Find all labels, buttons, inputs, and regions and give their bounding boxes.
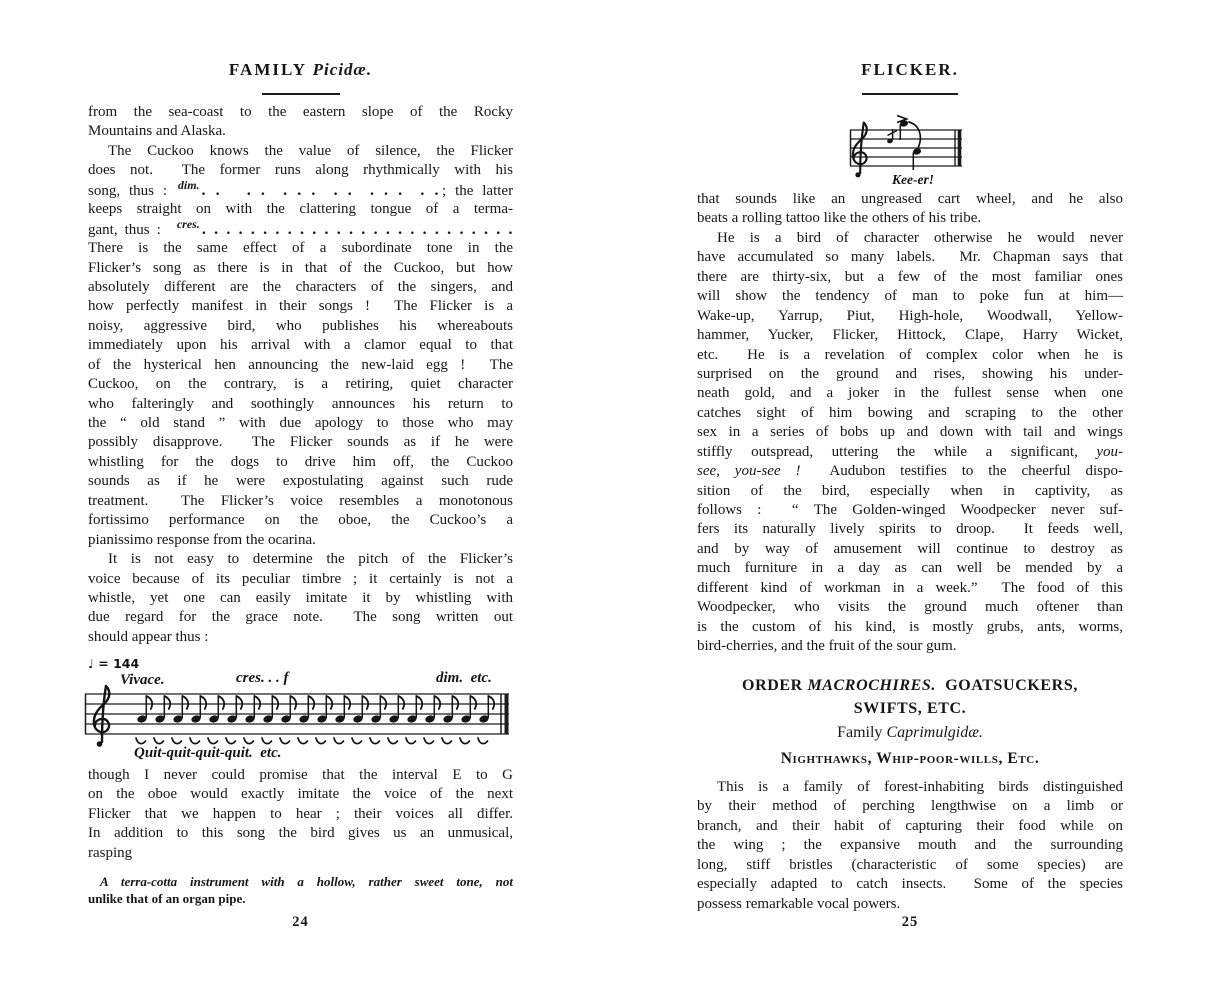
text-line: should appear thus :: [88, 628, 513, 647]
grace-note: [887, 129, 897, 144]
text-line: Wake-up, Yarrup, Piut, High-hole, Woodwa…: [697, 307, 1123, 326]
text-line: who falteringly and soothingly announces…: [88, 395, 513, 414]
text-line: He is a bird of character otherwise he w…: [697, 229, 1123, 248]
paragraph: It is not easy to determine the pitch of…: [88, 550, 513, 647]
right-header-rule: [862, 93, 958, 95]
kee-er-staff: Kee-er!: [844, 110, 976, 192]
text-line: immediately upon his arrival with a clam…: [88, 336, 513, 355]
right-page-title: FLICKER.: [697, 60, 1123, 80]
text-line: bird-cherries, and the fruit of the sour…: [697, 637, 1123, 656]
section-headings: ORDER MACROCHIRES. GOATSUCKERS, SWIFTS, …: [697, 674, 1123, 770]
dynamic-dim-label: dim. etc.: [436, 670, 492, 686]
tempo-label: Vivace.: [120, 672, 165, 688]
music-caption: Kee-er!: [891, 172, 934, 187]
flicker-notes: [136, 696, 494, 744]
text-line: stiffly outspread, uttering the while a …: [697, 443, 1123, 462]
text-line: A terra-cotta instrument with a hollow, …: [88, 874, 513, 891]
text-line: voice because of its peculiar timbre ; i…: [88, 570, 513, 589]
eighth-note: [226, 696, 242, 744]
tempo-marking: ♩ = 144: [88, 656, 139, 671]
text-line: how perfectly manifest in their songs ! …: [88, 297, 513, 316]
treble-clef-icon: [853, 123, 867, 178]
music-figure-kee-er: Kee-er!: [844, 110, 976, 192]
paragraph: A terra-cotta instrument with a hollow, …: [88, 874, 513, 907]
text-line: song, thus : dim.. . . . . . . . . . . .…: [88, 181, 513, 200]
eighth-note: [352, 696, 368, 744]
text-line: there are thirty-six, but a few of the m…: [697, 268, 1123, 287]
text-line: especially adapted to catch insects. Som…: [697, 875, 1123, 894]
eighth-note: [208, 696, 224, 744]
paragraph: He is a bird of character otherwise he w…: [697, 229, 1123, 657]
text-line: unlike that of an organ pipe.: [88, 891, 513, 908]
left-body-bottom: though I never could promise that the in…: [88, 766, 513, 863]
text-line: It is not easy to determine the pitch of…: [88, 550, 513, 569]
eighth-note: [370, 696, 386, 744]
family-heading: Family Caprimulgidæ.: [697, 722, 1123, 744]
text-line: In addition to this song the bird gives …: [88, 824, 513, 843]
text-line: whistling for the dogs to drive him off,…: [88, 453, 513, 472]
text-line: pianissimo response from the ocarina.: [88, 531, 513, 550]
group-heading: Nighthawks, Whip-poor-wills, Etc.: [697, 748, 1123, 770]
paragraph: from the sea-coast to the eastern slope …: [88, 103, 513, 142]
text-line: Mountains and Alaska.: [88, 122, 513, 141]
eighth-note: [478, 696, 494, 744]
slur: [909, 122, 920, 148]
text-line: branch, and their habit of capturing the…: [697, 817, 1123, 836]
text-line: catches sight of him bowing and scraping…: [697, 404, 1123, 423]
text-line: Woodpecker, who visits the ground much o…: [697, 598, 1123, 617]
page-right: FLICKER.: [697, 0, 1123, 999]
text-line: of the hysterical hen announcing the new…: [88, 356, 513, 375]
text-line: rasping: [88, 844, 513, 863]
music-figure-flicker-song: ♩ = 144 Vivace. cres. . . f dim. etc.: [84, 652, 514, 762]
lyric-text: Quit-quit-quit-quit. etc.: [134, 745, 282, 761]
eighth-note: [190, 696, 206, 744]
eighth-note: [298, 696, 314, 744]
text-line: neath gold, and a joker in the fullest s…: [697, 384, 1123, 403]
eighth-note: [316, 696, 332, 744]
text-line: fers its naturally lively spirits to dro…: [697, 520, 1123, 539]
text-line: keeps straight on with the clattering to…: [88, 200, 513, 219]
eighth-note: [244, 696, 260, 744]
text-line: treatment. The Flicker’s voice resembles…: [88, 492, 513, 511]
text-line: due regard for the grace note. The song …: [88, 608, 513, 627]
text-line: absolutely different are the characters …: [88, 278, 513, 297]
left-header-rule: [262, 93, 340, 95]
text-line: on the oboe would exactly imitate the vo…: [88, 785, 513, 804]
eighth-note: [406, 696, 422, 744]
low-note: [912, 147, 922, 170]
text-line: sex in a series of bobs up and down with…: [697, 423, 1123, 442]
text-line: sounds as if he were expostulating again…: [88, 472, 513, 491]
treble-clef-icon: [94, 686, 109, 747]
text-line: etc. He is a revelation of complex color…: [697, 346, 1123, 365]
paragraph: that sounds like an ungreased cart wheel…: [697, 190, 1123, 229]
text-line: follows : “ The Golden-winged Woodpecker…: [697, 501, 1123, 520]
text-line: is the custom of his kind, is mostly gru…: [697, 618, 1123, 637]
text-line: long, stiff bristles (characteristic of …: [697, 856, 1123, 875]
left-body-top: from the sea-coast to the eastern slope …: [88, 103, 513, 647]
text-line: Flicker’s song as there is in that of th…: [88, 259, 513, 278]
text-line: much furniture in a day as can well be m…: [697, 559, 1123, 578]
paragraph: though I never could promise that the in…: [88, 766, 513, 863]
text-line: the “ old stand ” with due apology to th…: [88, 414, 513, 433]
text-line: by their method of perching lengthwise o…: [697, 797, 1123, 816]
right-body-top: that sounds like an ungreased cart wheel…: [697, 190, 1123, 657]
page-left: FAMILY Picidæ. from the sea-coast to the…: [88, 0, 513, 999]
text-line: from the sea-coast to the eastern slope …: [88, 103, 513, 122]
eighth-note: [334, 696, 350, 744]
text-line: see, you-see ! Audubon testifies to the …: [697, 462, 1123, 481]
paragraph: This is a family of forest-inhabiting bi…: [697, 778, 1123, 914]
left-page-title: FAMILY Picidæ.: [88, 60, 513, 80]
text-line: sition of the bird, especially when in c…: [697, 482, 1123, 501]
text-line: possess remarkable vocal powers.: [697, 895, 1123, 914]
text-line: gant, thus : cres.. . . . . . . . . . . …: [88, 220, 513, 239]
text-line: will show the tendency of man to poke fu…: [697, 287, 1123, 306]
right-body-bottom: This is a family of forest-inhabiting bi…: [697, 778, 1123, 914]
eighth-note: [460, 696, 476, 744]
text-line: surprised on the ground and rises, showi…: [697, 365, 1123, 384]
eighth-note: [442, 696, 458, 744]
text-line: though I never could promise that the in…: [88, 766, 513, 785]
order-heading-line1: ORDER MACROCHIRES. GOATSUCKERS,: [697, 674, 1123, 697]
text-line: different kind of workman in a week.” Th…: [697, 579, 1123, 598]
text-line: The Cuckoo knows the value of silence, t…: [88, 142, 513, 161]
right-page-number: 25: [697, 914, 1123, 931]
eighth-note: [262, 696, 278, 744]
text-line: hammer, Yucker, Flicker, Hittock, Clape,…: [697, 326, 1123, 345]
order-heading-line2: SWIFTS, ETC.: [697, 697, 1123, 720]
eighth-note: [388, 696, 404, 744]
text-line: that sounds like an ungreased cart wheel…: [697, 190, 1123, 209]
text-line: fortissimo performance on the oboe, the …: [88, 511, 513, 530]
text-line: Flicker that we happen to hear ; their v…: [88, 805, 513, 824]
footnote: A terra-cotta instrument with a hollow, …: [88, 874, 513, 907]
eighth-note: [136, 696, 152, 744]
text-line: Cuckoo, on the contrary, is a retiring, …: [88, 375, 513, 394]
text-line: This is a family of forest-inhabiting bi…: [697, 778, 1123, 797]
text-line: the wing ; the expansive mouth and the s…: [697, 836, 1123, 855]
text-line: possibly disapprove. The Flicker sounds …: [88, 433, 513, 452]
eighth-note: [154, 696, 170, 744]
eighth-note: [280, 696, 296, 744]
text-line: noisy, aggressive bird, who publishes hi…: [88, 317, 513, 336]
text-line: There is the same effect of a subordinat…: [88, 239, 513, 258]
eighth-note: [172, 696, 188, 744]
flicker-song-staff: ♩ = 144 Vivace. cres. . . f dim. etc.: [84, 652, 514, 762]
left-page-number: 24: [88, 914, 513, 931]
text-line: and by way of amusement will continue to…: [697, 540, 1123, 559]
dynamic-cres-label: cres. . . f: [236, 670, 290, 686]
text-line: beats a rolling tattoo like the others o…: [697, 209, 1123, 228]
eighth-note: [424, 696, 440, 744]
text-line: whistle, yet one can easily imitate it b…: [88, 589, 513, 608]
text-line: have accumulated so many labels. Mr. Cha…: [697, 248, 1123, 267]
paragraph: The Cuckoo knows the value of silence, t…: [88, 142, 513, 550]
text-line: does not. The former runs along rhythmic…: [88, 161, 513, 180]
staff-lines: [85, 694, 509, 734]
